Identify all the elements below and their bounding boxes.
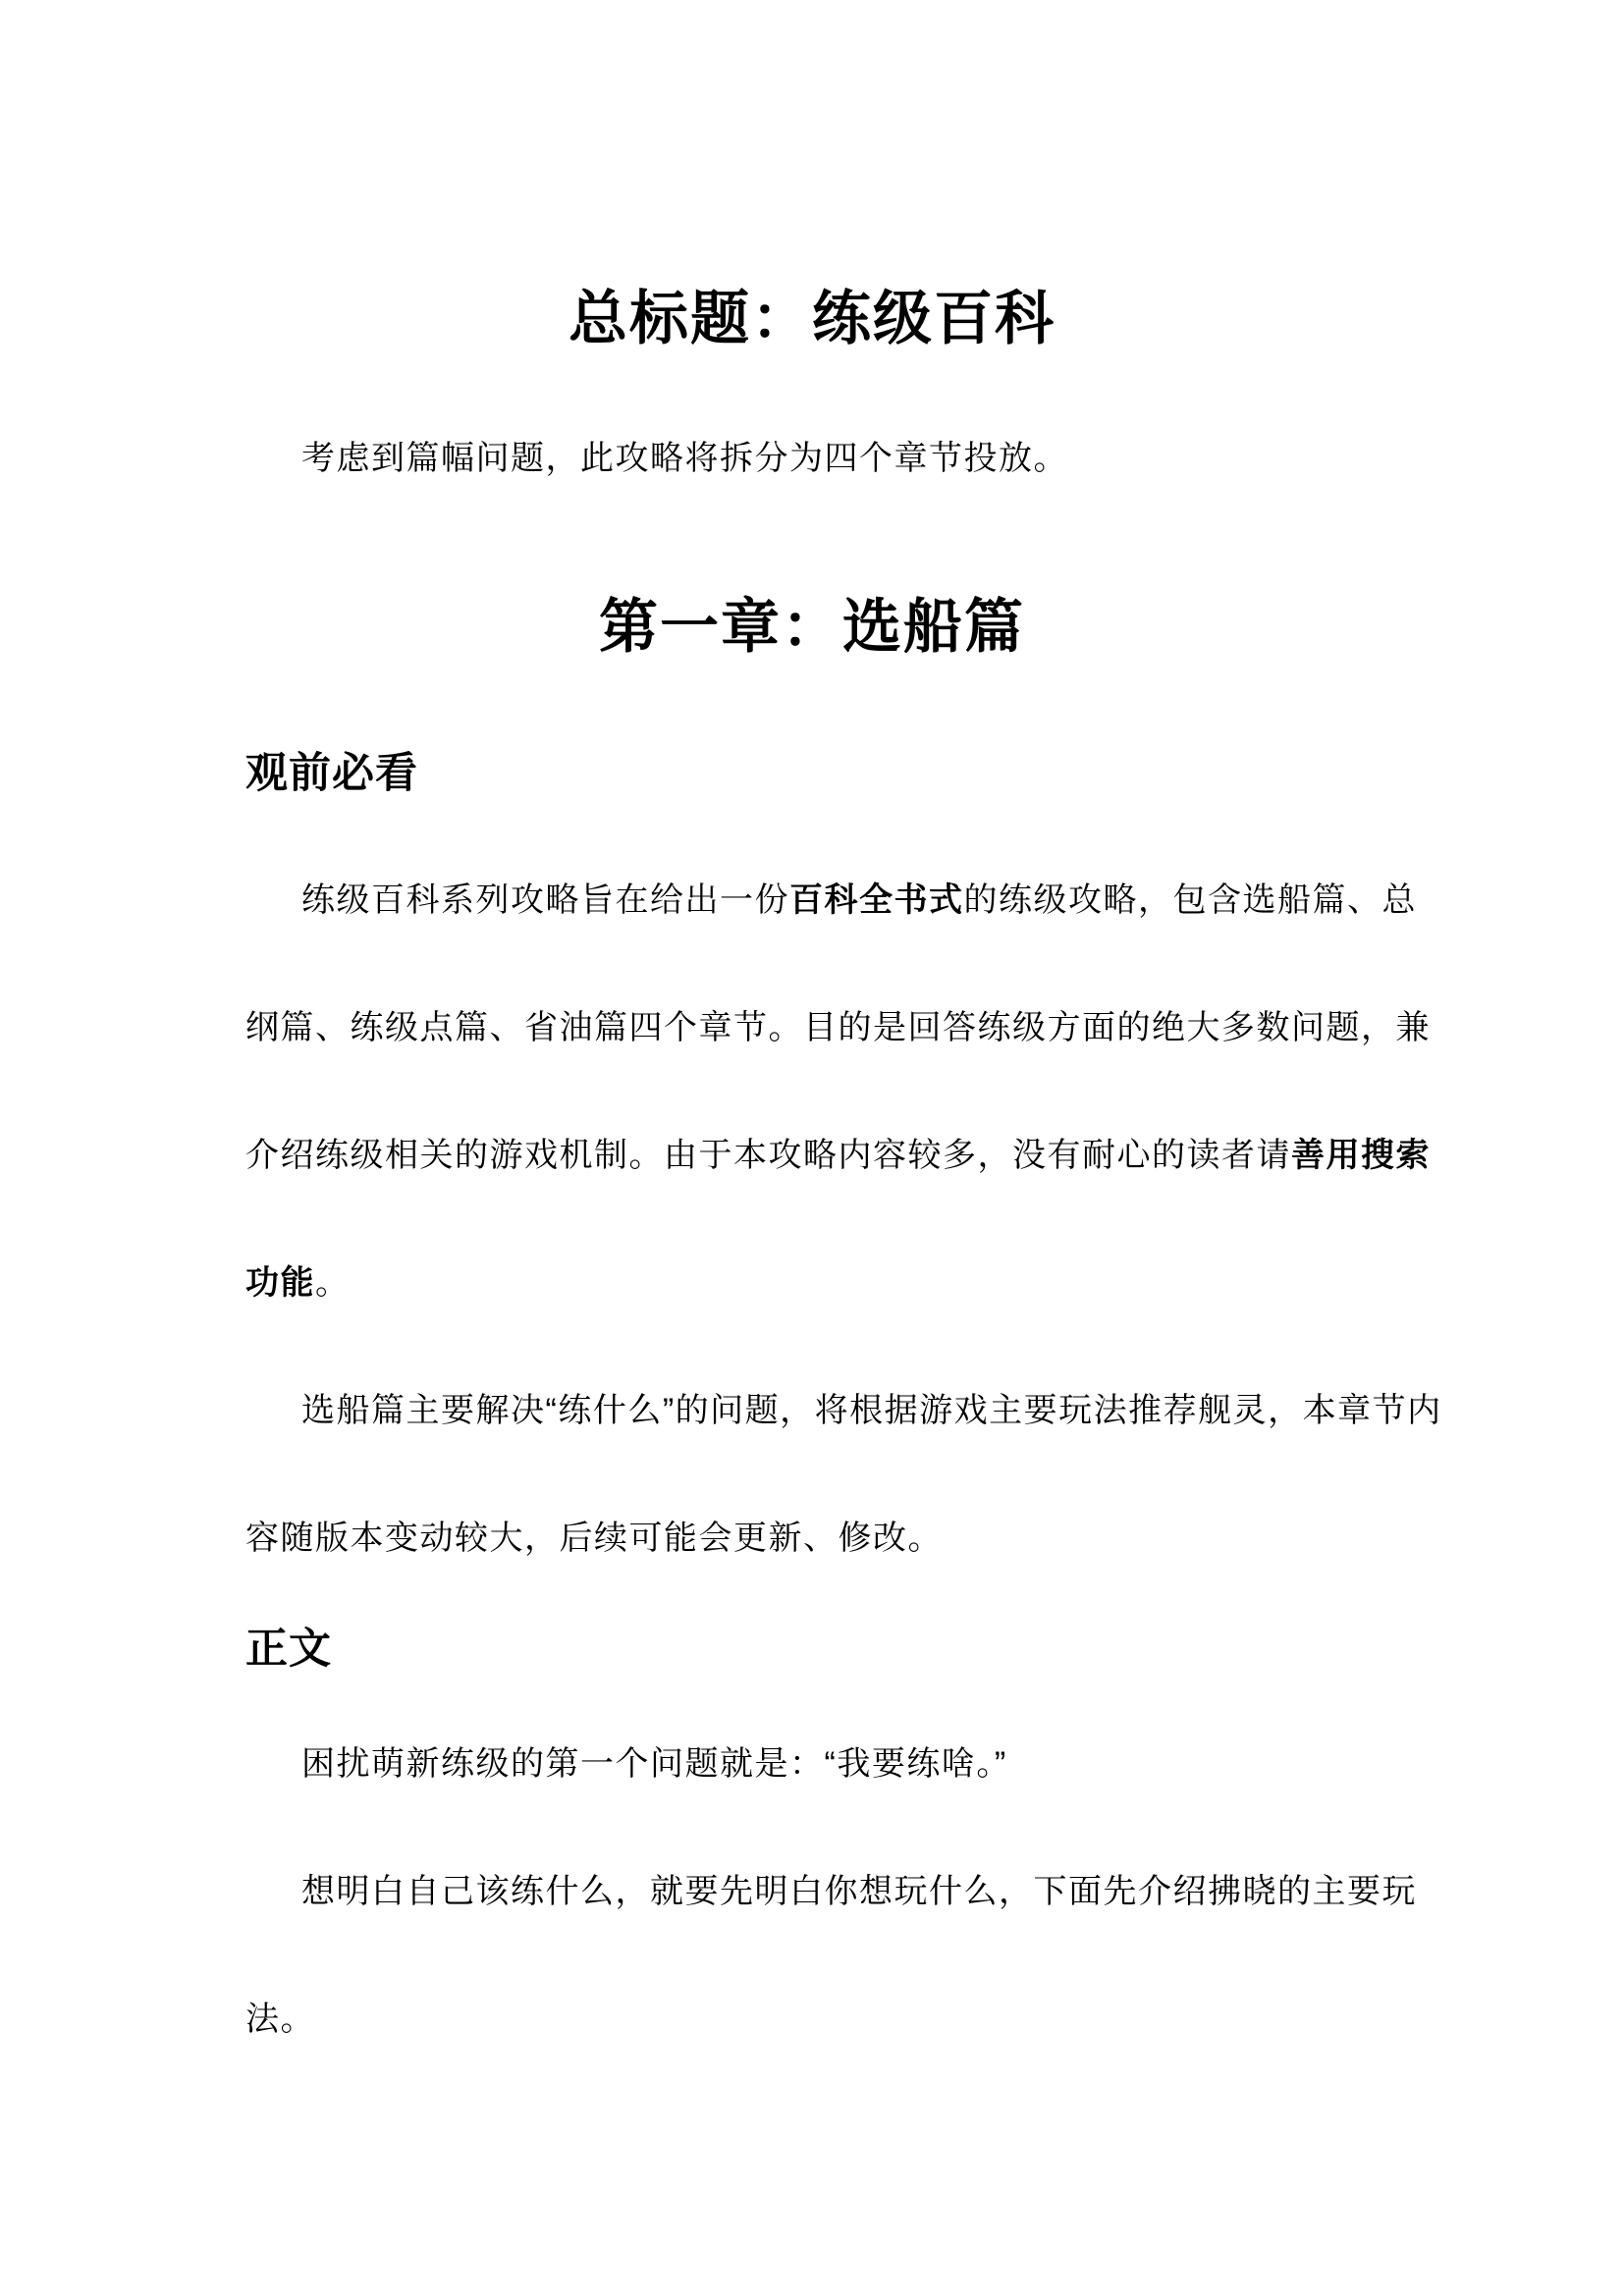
text-segment-bold: 功能 [245,1264,315,1302]
paragraph-line: 法。 [245,1999,1394,2041]
paragraph-line: 想明白自己该练什么，就要先明白你想玩什么，下面先介绍拂晓的主要玩 [245,1871,1450,1913]
text-segment: 容随版本变动较大，后续可能会更新、修改。 [245,1520,943,1557]
text-segment: 法。 [245,2001,315,2038]
text-segment: 练级百科系列攻略旨在给出一份 [301,881,789,919]
paragraph-line: 练级百科系列攻略旨在给出一份百科全书式的练级攻略，包含选船篇、总 [245,880,1450,922]
document-page: 总标题：练级百科 考虑到篇幅问题，此攻略将拆分为四个章节投放。 第一章：选船篇 … [0,0,1624,2296]
text-segment: 介绍练级相关的游戏机制。由于本攻略内容较多，没有耐心的读者请 [245,1137,1291,1174]
paragraph-line: 功能。 [245,1262,1394,1305]
text-segment-bold: 善用搜索 [1291,1137,1431,1174]
text-segment: 考虑到篇幅问题，此攻略将拆分为四个章节投放。 [301,440,1068,477]
section-heading-pre-read: 观前必看 [245,750,418,798]
text-segment: 想明白自己该练什么，就要先明白你想玩什么，下面先介绍拂晓的主要玩 [301,1873,1417,1910]
paragraph-line: 介绍练级相关的游戏机制。由于本攻略内容较多，没有耐心的读者请善用搜索 [245,1135,1394,1177]
document-title: 总标题：练级百科 [0,285,1624,352]
paragraph-line: 纲篇、练级点篇、省油篇四个章节。目的是回答练级方面的绝大多数问题，兼 [245,1007,1394,1049]
text-segment-bold: 百科全书式 [789,881,964,919]
text-segment: 选船篇主要解决“练什么”的问题，将根据游戏主要玩法推荐舰灵，本章节内 [301,1392,1442,1429]
text-segment: 。 [315,1264,351,1302]
paragraph-line: 选船篇主要解决“练什么”的问题，将根据游戏主要玩法推荐舰灵，本章节内 [245,1390,1450,1432]
intro-paragraph-line: 考虑到篇幅问题，此攻略将拆分为四个章节投放。 [245,438,1450,480]
paragraph-line: 容随版本变动较大，后续可能会更新、修改。 [245,1518,1394,1560]
section-heading-main-text: 正文 [245,1626,332,1674]
chapter-heading: 第一章：选船篇 [0,593,1624,661]
text-segment: 困扰萌新练级的第一个问题就是：“我要练啥。” [301,1745,1007,1783]
paragraph-line: 困扰萌新练级的第一个问题就是：“我要练啥。” [245,1743,1450,1786]
text-segment: 纲篇、练级点篇、省油篇四个章节。目的是回答练级方面的绝大多数问题，兼 [245,1009,1431,1046]
text-segment: 的练级攻略，包含选船篇、总 [964,881,1418,919]
